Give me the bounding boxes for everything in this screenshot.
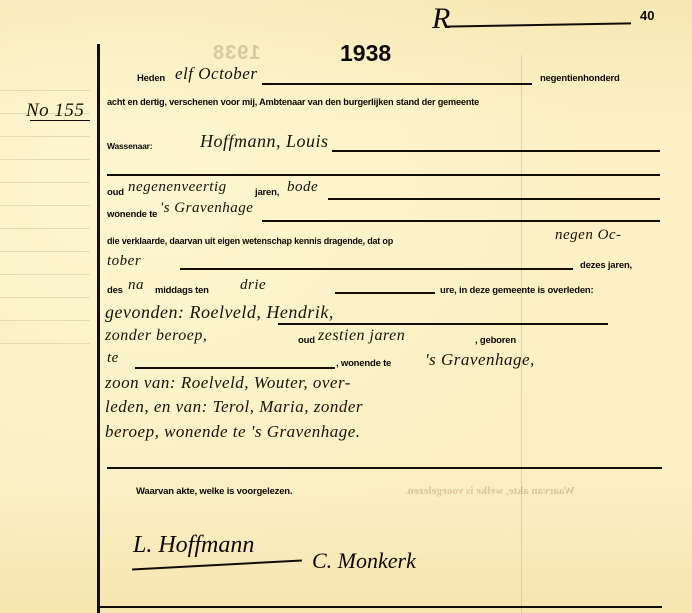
mother-residence-clause: beroep, wonende te 's Gravenhage.: [105, 422, 361, 442]
bleed-through-margin-lines: [0, 90, 90, 366]
bleed-through-vertical-line: [521, 55, 522, 613]
des-label: des: [107, 285, 123, 296]
margin-rule: [97, 44, 100, 613]
declarant-occupation: bode: [287, 179, 318, 196]
bleed-through-closing: Waarvan akte, welke is voorgelezen.: [405, 485, 575, 497]
death-ante-post: na: [128, 277, 144, 294]
mother-clause: leden, en van: Terol, Maria, zonder: [105, 397, 363, 417]
year-words-1: negentienhonderd: [540, 73, 620, 84]
bleed-through-year: 1938: [212, 42, 261, 65]
declarant-residence: 's Gravenhage: [160, 200, 253, 217]
date-day-month: elf October: [175, 64, 257, 84]
bottom-rule: [100, 606, 662, 608]
fill-line: [332, 150, 660, 152]
birthplace: te: [107, 350, 119, 367]
declarant-age: negenenveertig: [128, 179, 227, 196]
register-mark-line: [445, 22, 631, 27]
deceased-age: zestien jaren: [318, 327, 405, 345]
fill-line: [328, 198, 660, 200]
fill-line: [262, 83, 532, 85]
record-year: 1938: [340, 40, 391, 67]
declaration-clause: die verklaarde, daarvan uit eigen wetens…: [107, 236, 393, 246]
deceased-name: gevonden: Roelveld, Hendrik,: [105, 302, 334, 323]
middags-label: middags ten: [155, 285, 209, 296]
heden-label: Heden: [137, 73, 165, 84]
fill-line: [262, 220, 660, 222]
deceased-name-underline: [278, 323, 608, 325]
act-number: No 155: [26, 100, 84, 122]
record-separator: [107, 467, 662, 469]
civil-death-record-page: 1938 Waarvan akte, welke is voorgelezen.…: [0, 0, 692, 613]
fill-line: [180, 268, 573, 270]
oud-label-2: oud: [298, 335, 315, 346]
register-mark: R: [432, 2, 450, 36]
declarant-name: Hoffmann, Louis: [200, 131, 329, 152]
father-clause: zoon van: Roelveld, Wouter, over-: [105, 373, 351, 393]
deceased-residence: 's Gravenhage,: [425, 350, 535, 370]
signature-flourish: [132, 560, 302, 571]
fill-line: [335, 292, 435, 294]
death-date-part2: tober: [107, 253, 141, 270]
fill-line: [135, 367, 335, 369]
act-number-underline: [30, 120, 90, 121]
death-hour: drie: [240, 277, 266, 294]
closing-formula: Waarvan akte, welke is voorgelezen.: [136, 486, 292, 497]
death-place-clause: ure, in deze gemeente is overleden:: [440, 285, 594, 296]
appearance-clause: acht en dertig, verschenen voor mij, Amb…: [107, 97, 479, 107]
signature-declarant: L. Hoffmann: [133, 532, 254, 559]
municipality-label: Wassenaar:: [107, 141, 152, 151]
wonende-label: wonende te: [107, 209, 157, 220]
jaren-label: jaren,: [255, 187, 279, 198]
wonende-label-2: , wonende te: [336, 358, 391, 369]
blank-line: [107, 174, 660, 176]
deceased-occupation: zonder beroep,: [105, 327, 207, 345]
dezes-jaren-label: dezes jaren,: [580, 260, 632, 271]
geboren-label: , geboren: [475, 335, 516, 346]
signature-registrar: C. Monkerk: [312, 548, 416, 574]
death-date-part1: negen Oc-: [555, 227, 622, 244]
page-number: 40: [640, 8, 654, 23]
oud-label: oud: [107, 187, 124, 198]
